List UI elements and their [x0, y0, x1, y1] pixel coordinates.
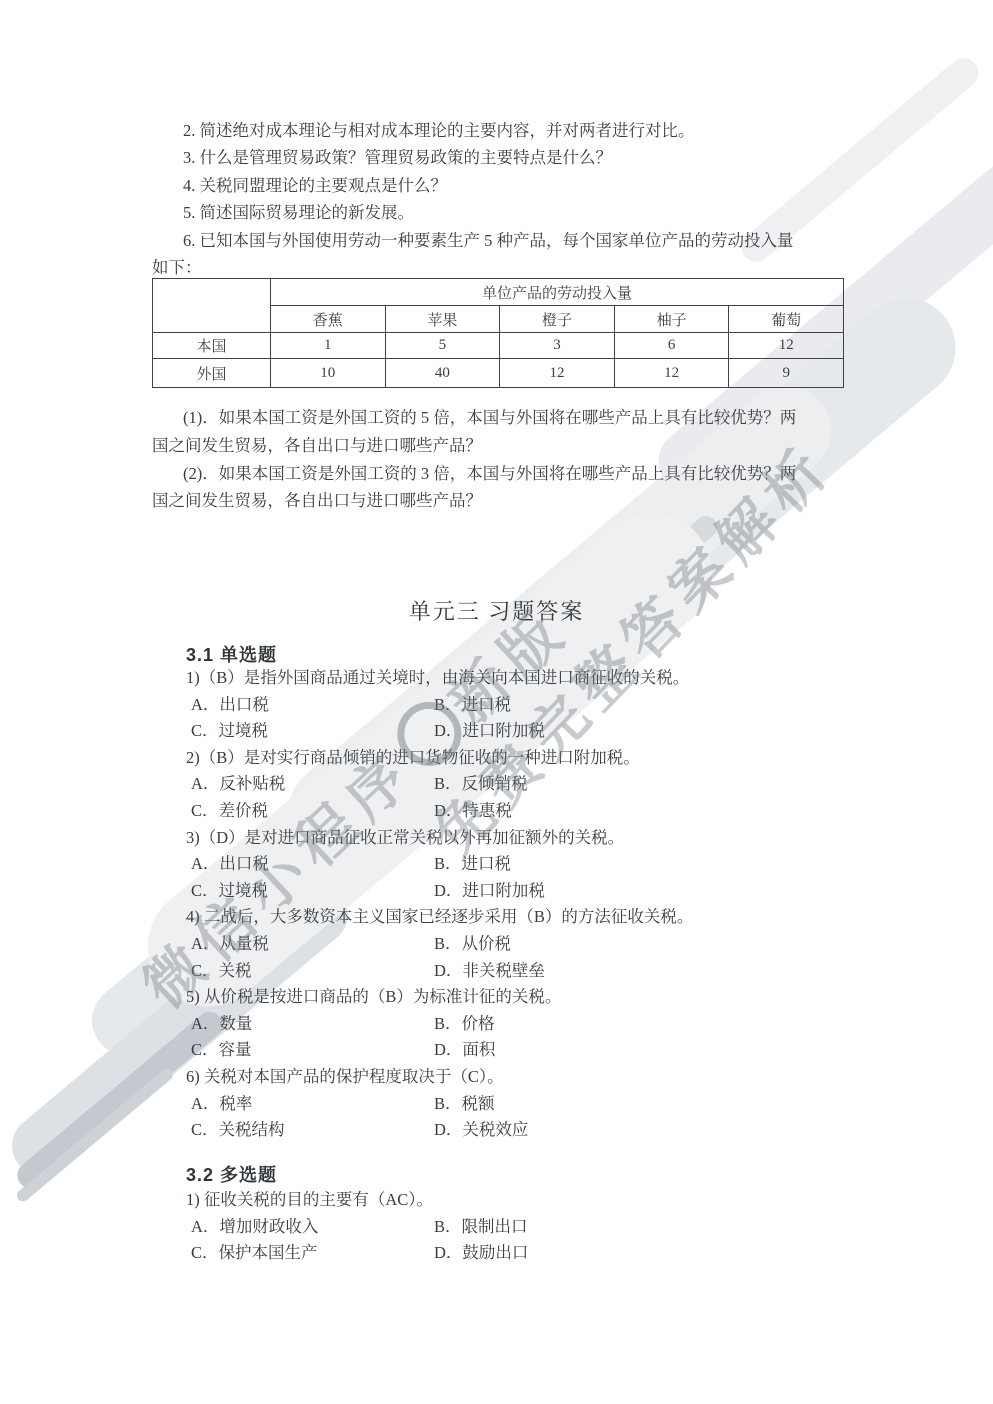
option-b: B．进口税 [434, 851, 511, 878]
question-text: 2)（B）是对实行商品倾销的进口货物征收的一种进口附加税。 [186, 745, 876, 772]
table-span-header: 单位产品的劳动投入量 [271, 279, 844, 306]
option-d: D．鼓励出口 [434, 1240, 528, 1267]
option-c: C．过境税 [191, 878, 434, 905]
option-d: D．特惠税 [434, 798, 512, 825]
option-row: A．反补贴税 B．反倾销税 [186, 771, 876, 798]
question-text: 6) 关税对本国产品的保护程度取决于（C）。 [186, 1064, 876, 1091]
option-row: A．出口税 B．进口税 [186, 851, 876, 878]
option-row: A．出口税 B．进口税 [186, 692, 876, 719]
table-row: 外国 10 40 12 12 9 [153, 359, 844, 388]
sub-question-line: (1)．如果本国工资是外国工资的 5 倍，本国与外国将在哪些产品上具有比较优势？… [152, 404, 858, 432]
review-question: 2. 简述绝对成本理论与相对成本理论的主要内容，并对两者进行对比。 [152, 117, 858, 144]
option-c: C．关税 [191, 958, 434, 985]
option-c: C．差价税 [191, 798, 434, 825]
multi-choice-questions: 1) 征收关税的目的主要有（AC）。 A．增加财政收入 B．限制出口 C．保护本… [186, 1187, 876, 1267]
row-label: 外国 [153, 359, 271, 388]
option-a: A．反补贴税 [191, 771, 434, 798]
option-row: A．税率 B．税额 [186, 1091, 876, 1118]
labor-input-table: 单位产品的劳动投入量 香蕉 苹果 橙子 柚子 葡萄 本国 1 5 3 6 12 … [152, 278, 844, 388]
question-text: 5) 从价税是按进口商品的（B）为标准计征的关税。 [186, 984, 876, 1011]
option-b: B．价格 [434, 1011, 495, 1038]
sub-question-line: 国之间发生贸易，各自出口与进口哪些产品？ [152, 432, 858, 460]
option-a: A．税率 [191, 1091, 434, 1118]
option-c: C．保护本国生产 [191, 1240, 434, 1267]
table-column-header: 柚子 [614, 306, 729, 333]
review-question: 5. 简述国际贸易理论的新发展。 [152, 199, 858, 226]
option-d: D．面积 [434, 1037, 495, 1064]
option-a: A．增加财政收入 [191, 1214, 434, 1241]
section-heading-multi-choice: 3.2 多选题 [186, 1161, 277, 1187]
table-cell: 3 [500, 333, 615, 359]
table-cell: 12 [500, 359, 615, 388]
table-cell: 5 [385, 333, 500, 359]
option-d: D．进口附加税 [434, 878, 545, 905]
table-cell: 9 [729, 359, 844, 388]
option-b: B．反倾销税 [434, 771, 528, 798]
question-text: 3)（D）是对进口商品征收正常关税以外再加征额外的关税。 [186, 825, 876, 852]
option-row: C．差价税 D．特惠税 [186, 798, 876, 825]
option-c: C．过境税 [191, 718, 434, 745]
review-questions: 2. 简述绝对成本理论与相对成本理论的主要内容，并对两者进行对比。 3. 什么是… [152, 117, 858, 281]
option-row: C．保护本国生产 D．鼓励出口 [186, 1240, 876, 1267]
table-corner-cell [153, 279, 271, 333]
option-d: D．关税效应 [434, 1117, 528, 1144]
option-d: D．进口附加税 [434, 718, 545, 745]
table-row: 本国 1 5 3 6 12 [153, 333, 844, 359]
question-text: 1)（B）是指外国商品通过关境时，由海关向本国进口商征收的关税。 [186, 665, 876, 692]
option-row: A．数量 B．价格 [186, 1011, 876, 1038]
option-b: B．限制出口 [434, 1214, 528, 1241]
question-text: 1) 征收关税的目的主要有（AC）。 [186, 1187, 876, 1214]
row-label: 本国 [153, 333, 271, 359]
sub-questions: (1)．如果本国工资是外国工资的 5 倍，本国与外国将在哪些产品上具有比较优势？… [152, 404, 858, 515]
option-row: C．关税 D．非关税壁垒 [186, 958, 876, 985]
sub-question-line: 国之间发生贸易，各自出口与进口哪些产品？ [152, 487, 858, 515]
option-row: C．过境税 D．进口附加税 [186, 718, 876, 745]
question-text: 4) 二战后，大多数资本主义国家已经逐步采用（B）的方法征收关税。 [186, 904, 876, 931]
option-a: A．出口税 [191, 692, 434, 719]
option-row: C．关税结构 D．关税效应 [186, 1117, 876, 1144]
table-column-header: 苹果 [385, 306, 500, 333]
review-question: 3. 什么是管理贸易政策？管理贸易政策的主要特点是什么？ [152, 144, 858, 171]
table-cell: 12 [614, 359, 729, 388]
option-d: D．非关税壁垒 [434, 958, 545, 985]
table-cell: 12 [729, 333, 844, 359]
table-cell: 10 [271, 359, 386, 388]
table-column-header: 香蕉 [271, 306, 386, 333]
table-cell: 6 [614, 333, 729, 359]
section-heading-single-choice: 3.1 单选题 [186, 641, 277, 667]
review-question: 4. 关税同盟理论的主要观点是什么？ [152, 172, 858, 199]
option-b: B．从价税 [434, 931, 511, 958]
single-choice-questions: 1)（B）是指外国商品通过关境时，由海关向本国进口商征收的关税。 A．出口税 B… [186, 665, 876, 1144]
table-cell: 1 [271, 333, 386, 359]
option-row: C．容量 D．面积 [186, 1037, 876, 1064]
page-title: 单元三 习题答案 [0, 595, 993, 626]
option-row: A．增加财政收入 B．限制出口 [186, 1214, 876, 1241]
option-b: B．税额 [434, 1091, 495, 1118]
option-b: B．进口税 [434, 692, 511, 719]
option-row: C．过境税 D．进口附加税 [186, 878, 876, 905]
table-cell: 40 [385, 359, 500, 388]
sub-question-line: (2)．如果本国工资是外国工资的 3 倍，本国与外国将在哪些产品上具有比较优势？… [152, 460, 858, 488]
table-column-header: 橙子 [500, 306, 615, 333]
option-c: C．容量 [191, 1037, 434, 1064]
document-page: 2. 简述绝对成本理论与相对成本理论的主要内容，并对两者进行对比。 3. 什么是… [0, 0, 993, 1404]
option-row: A．从量税 B．从价税 [186, 931, 876, 958]
option-a: A．数量 [191, 1011, 434, 1038]
option-a: A．从量税 [191, 931, 434, 958]
table-column-header: 葡萄 [729, 306, 844, 333]
review-question: 6. 已知本国与外国使用劳动一种要素生产 5 种产品，每个国家单位产品的劳动投入… [152, 227, 858, 254]
option-a: A．出口税 [191, 851, 434, 878]
option-c: C．关税结构 [191, 1117, 434, 1144]
